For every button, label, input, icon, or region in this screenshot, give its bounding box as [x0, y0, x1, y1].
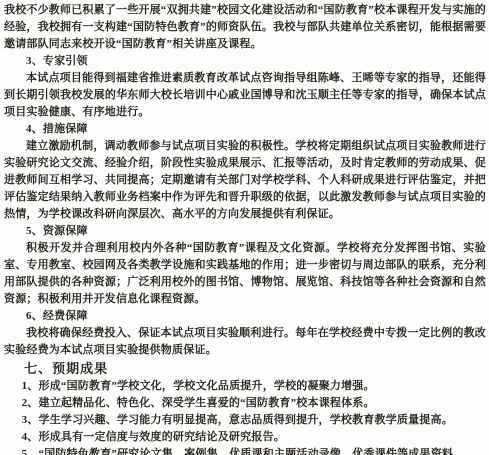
outcome-list-item-4: 4、形成具有一定信度与效度的研究结论及研究报告。: [4, 429, 486, 446]
outcome-list-item-3: 3、学生学习兴趣、学习能力有明显提高，意志品质得到提升，学校教育教学质量提高。: [4, 412, 486, 429]
section-heading-measures: 4、措施保障: [4, 121, 486, 138]
chapter-heading-expected-outcomes: 七、预期成果: [4, 360, 486, 377]
section-body-funding: 我校将确保经费投入、保证本试点项目实验顺利进行。每年在学校经费中专拨一定比例的教…: [4, 325, 486, 359]
outcome-list-item-2: 2、建立起精品化、特色化、深受学生喜爱的“国防教育”校本课程体系。: [4, 395, 486, 412]
outcome-list-item-1: 1、形成“国防教育”学校文化，学校文化品质提升，学校的凝聚力增强。: [4, 378, 486, 395]
section-heading-resources: 5、资源保障: [4, 223, 486, 240]
outcome-list-item-5: 5、“国防特色教育”研究论文集、案例集、优质课和主题活动录像、优秀课件等成果资料…: [4, 446, 486, 455]
section-heading-funding: 6、经费保障: [4, 308, 486, 325]
section-body-resources: 积极开发并合理利用校内外各种“国防教育”课程及文化资源。学校将充分发挥图书馆、实…: [4, 240, 486, 308]
section-body-expert-guidance: 本试点项目能得到福建省推进素质教育改革试点咨询指导组陈峰、王晞等专家的指导，还能…: [4, 70, 486, 121]
document-page: 我校不少教师已积累了一些开展“双拥共建”校园文化建设活动和“国防教育”校本课程开…: [0, 0, 489, 455]
intro-paragraph: 我校不少教师已积累了一些开展“双拥共建”校园文化建设活动和“国防教育”校本课程开…: [4, 2, 486, 53]
section-body-measures: 建立激励机制，调动教师参与试点项目实验的积极性。学校将定期组织试点项目实验教师进…: [4, 138, 486, 223]
section-heading-expert-guidance: 3、专家引领: [4, 53, 486, 70]
